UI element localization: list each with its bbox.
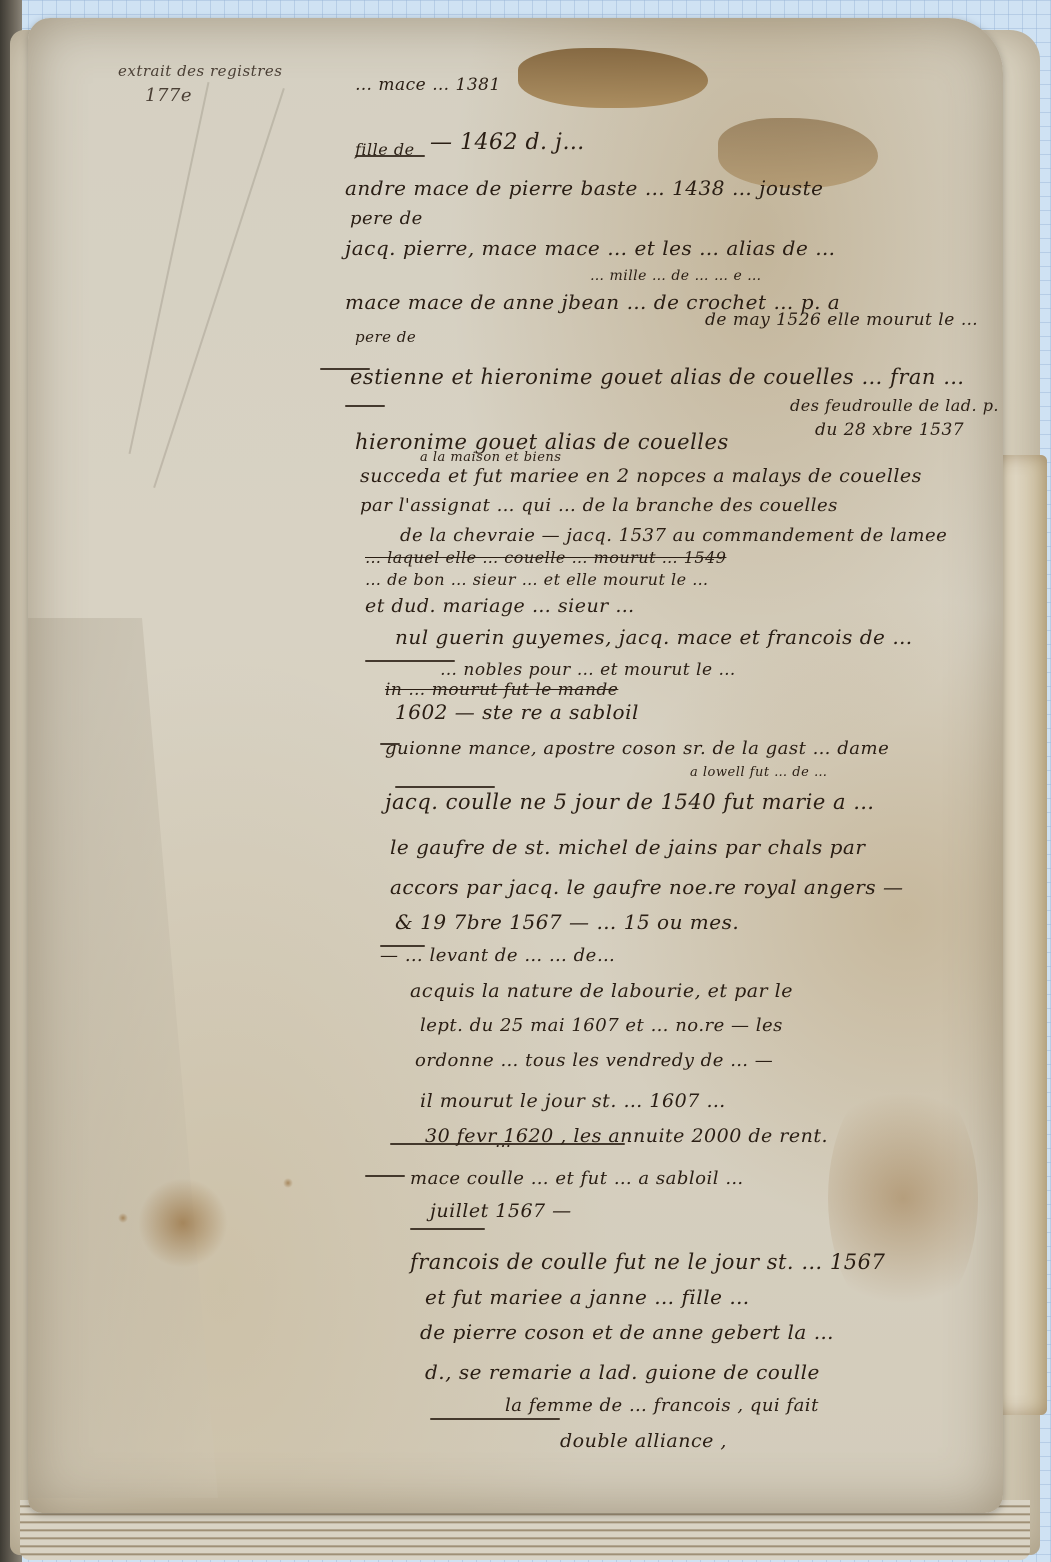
manuscript-line: double alliance , bbox=[560, 1430, 727, 1452]
manuscript-line: le gaufre de st. michel de jains par cha… bbox=[390, 835, 865, 859]
manuscript-line: … laquel elle … couelle … mourut … 1549 bbox=[365, 548, 726, 567]
water-stain bbox=[138, 1178, 228, 1268]
ink-spot bbox=[118, 1213, 128, 1223]
manuscript-line: mace coulle … et fut … a sabloil … bbox=[410, 1168, 744, 1189]
pen-stroke bbox=[380, 945, 425, 947]
manuscript-line: — 1462 d. j… bbox=[430, 130, 585, 155]
paper-crease bbox=[129, 82, 210, 454]
manuscript-line: acquis la nature de labourie, et par le bbox=[410, 980, 793, 1002]
manuscript-line: a la maison et biens bbox=[420, 450, 561, 465]
manuscript-line: pere de bbox=[350, 208, 423, 229]
pen-stroke bbox=[410, 1228, 485, 1230]
folded-corner bbox=[28, 618, 218, 1498]
pen-stroke bbox=[365, 660, 455, 662]
manuscript-line: lept. du 25 mai 1607 et … no.re — les bbox=[420, 1015, 783, 1036]
manuscript-line: — … levant de … … de… bbox=[380, 945, 615, 966]
manuscript-line: andre mace de pierre baste … 1438 … jous… bbox=[345, 176, 823, 200]
manuscript-line: estienne et hieronime gouet alias de cou… bbox=[350, 365, 965, 389]
pen-stroke bbox=[380, 743, 400, 745]
manuscript-line: nul guerin guyemes, jacq. mace et franco… bbox=[395, 625, 913, 649]
manuscript-line: accors par jacq. le gaufre noe.re royal … bbox=[390, 875, 903, 899]
manuscript-line: & 19 7bre 1567 — … 15 ou mes. bbox=[395, 910, 739, 934]
ink-spot bbox=[283, 1178, 293, 1188]
manuscript-line: des feudroulle de lad. p. bbox=[790, 396, 999, 415]
manuscript-line: a lowell fut … de … bbox=[690, 765, 827, 780]
manuscript-line: jacq. pierre, mace mace … et les … alias… bbox=[345, 236, 836, 260]
pen-stroke bbox=[365, 1175, 405, 1177]
pen-stroke bbox=[345, 405, 385, 407]
manuscript-line: guionne mance, apostre coson sr. de la g… bbox=[385, 738, 889, 759]
pen-stroke bbox=[355, 155, 425, 157]
manuscript-line: juillet 1567 — bbox=[430, 1200, 572, 1222]
manuscript-line: il mourut le jour st. … 1607 … bbox=[420, 1090, 726, 1112]
manuscript-line: d., se remarie a lad. guione de coulle bbox=[425, 1360, 820, 1384]
manuscript-line: succeda et fut mariee en 2 nopces a mala… bbox=[360, 465, 922, 487]
pen-stroke bbox=[395, 786, 495, 788]
manuscript-line: ordonne … tous les vendredy de … — bbox=[415, 1050, 773, 1071]
manuscript-line: 1602 — ste re a sabloil bbox=[395, 700, 639, 724]
manuscript-line: … bbox=[495, 1132, 512, 1151]
manuscript-line: … nobles pour … et mourut le … bbox=[440, 660, 736, 680]
pen-stroke bbox=[320, 368, 370, 370]
manuscript-line: et dud. mariage … sieur … bbox=[365, 595, 635, 617]
paper-crease bbox=[153, 88, 285, 488]
manuscript-line: la femme de … francois , qui fait bbox=[505, 1395, 819, 1416]
manuscript-line: de la chevraie — jacq. 1537 au commandem… bbox=[400, 525, 947, 546]
manuscript-line: du 28 xbre 1537 bbox=[815, 420, 964, 440]
manuscript-line: de may 1526 elle mourut le … bbox=[705, 310, 978, 330]
water-stain bbox=[828, 1068, 978, 1328]
manuscript-line: par l'assignat … qui … de la branche des… bbox=[360, 495, 838, 516]
manuscript-line: … de bon … sieur … et elle mourut le … bbox=[365, 570, 709, 589]
manuscript-line: francois de coulle fut ne le jour st. … … bbox=[410, 1250, 885, 1274]
manuscript-line: … mace … 1381 bbox=[355, 75, 501, 95]
margin-note-line2: 177e bbox=[145, 85, 192, 106]
margin-note-line1: extrait des registres bbox=[118, 62, 282, 80]
manuscript-line: pere de bbox=[355, 328, 416, 346]
manuscript-line: in … mourut fut le mande bbox=[385, 680, 618, 700]
manuscript-line: et fut mariee a janne … fille … bbox=[425, 1285, 750, 1309]
pen-stroke bbox=[390, 1143, 625, 1145]
manuscript-line: de pierre coson et de anne gebert la … bbox=[420, 1320, 834, 1344]
manuscript-line: … mille … de … … e … bbox=[590, 268, 762, 284]
pen-stroke bbox=[430, 1418, 560, 1420]
manuscript-line: jacq. coulle ne 5 jour de 1540 fut marie… bbox=[385, 790, 875, 814]
paper-tear bbox=[518, 48, 708, 108]
